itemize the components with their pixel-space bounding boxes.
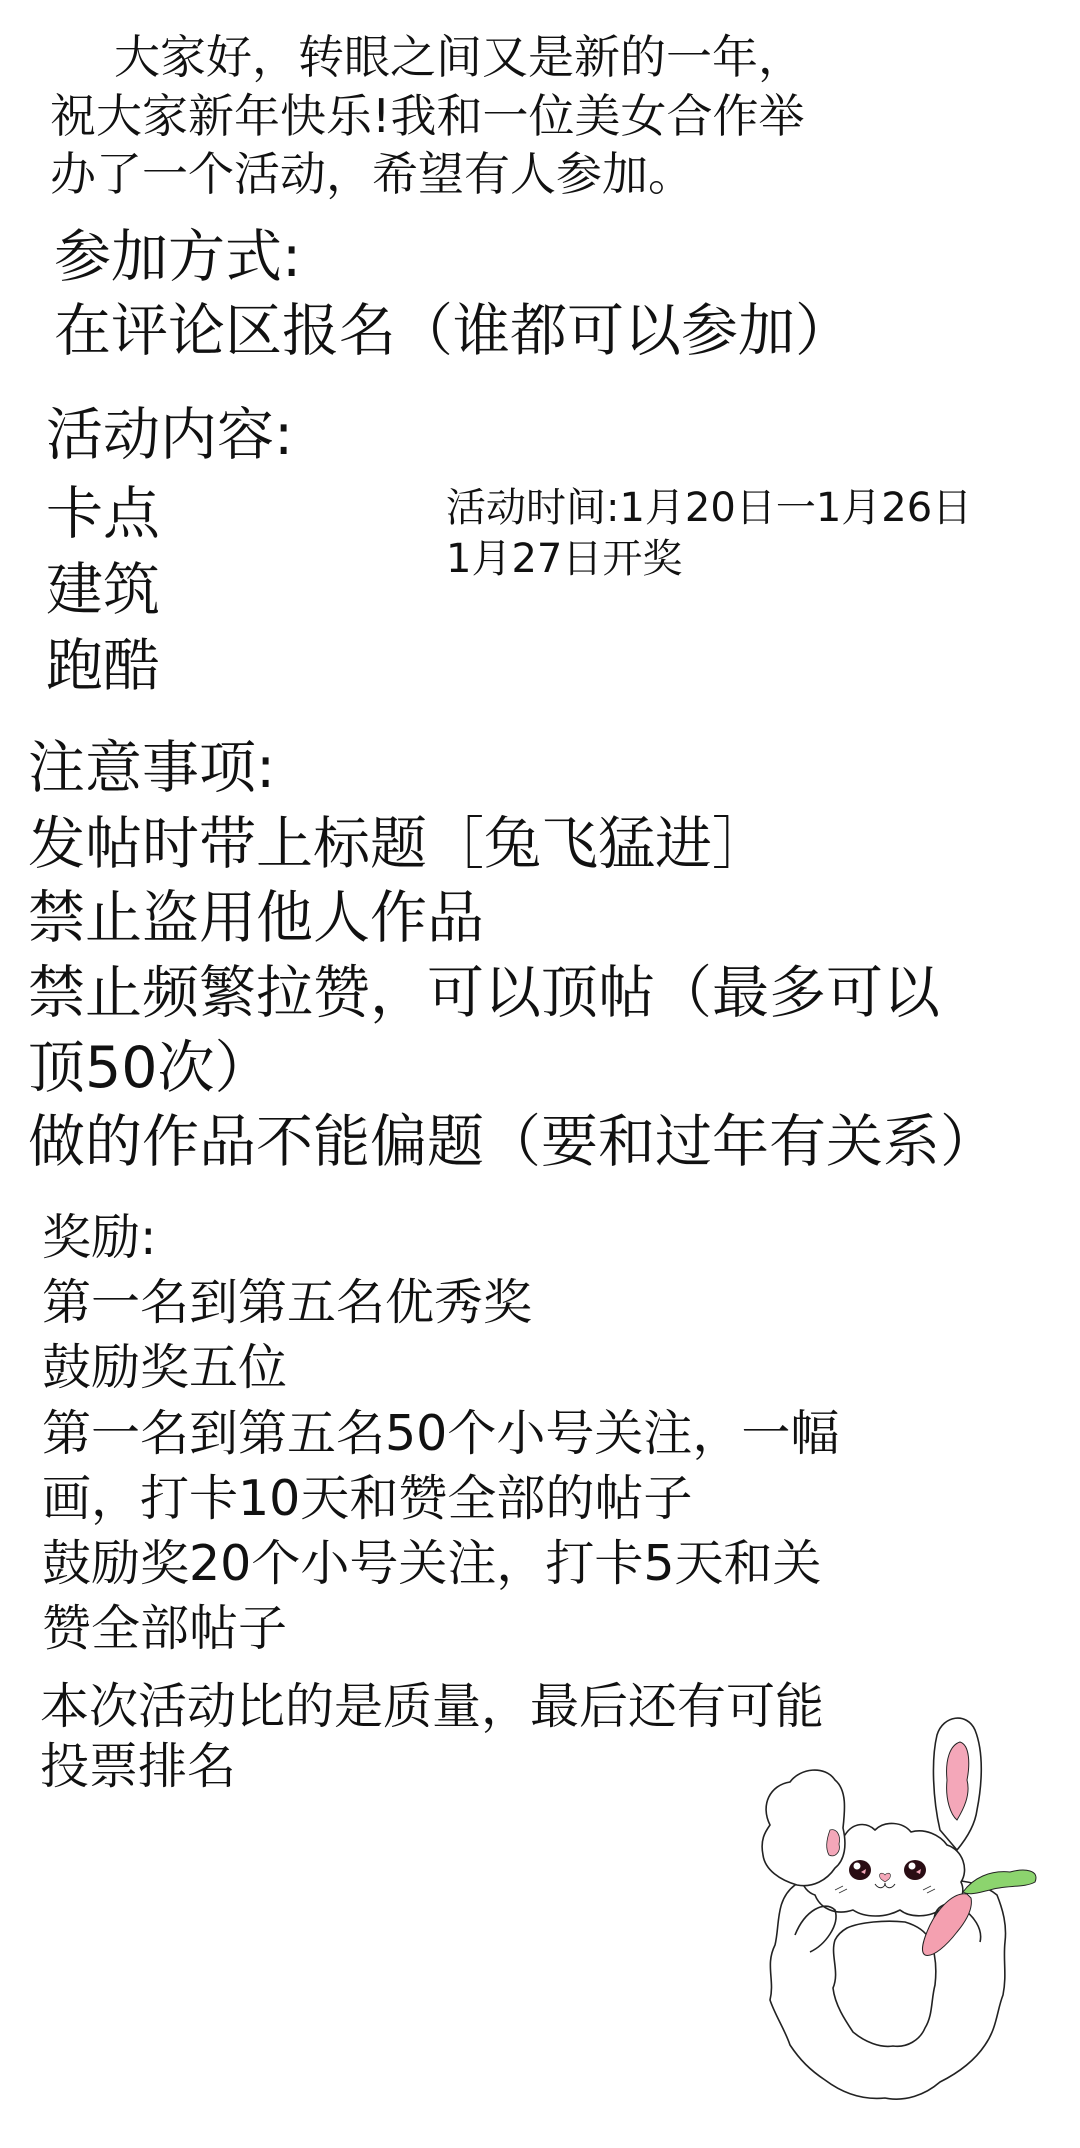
award-date: 1月27日开奖 [446, 539, 682, 579]
note-item-2: 禁止盗用他人作品 [28, 890, 484, 947]
join-heading: 参加方式: [54, 229, 301, 286]
join-text: 在评论区报名（谁都可以参加） [54, 303, 852, 360]
content-item-2: 建筑 [46, 562, 160, 619]
intro-line-1: 大家好，转眼之间又是新的一年， [114, 34, 804, 80]
reward-item-1: 第一名到第五名优秀奖 [42, 1278, 532, 1327]
content-item-3: 跑酷 [46, 638, 160, 695]
note-item-5: 做的作品不能偏题（要和过年有关系） [28, 1114, 997, 1171]
bunny-left-ear [762, 1770, 845, 1886]
bunny-illustration [735, 1710, 1055, 2120]
reward-item-3: 第一名到第五名50个小号关注，一幅 [42, 1409, 839, 1458]
note-item-4: 顶50次） [28, 1040, 272, 1097]
reward-item-2: 鼓励奖五位 [42, 1343, 287, 1392]
intro-line-2: 祝大家新年快乐!我和一位美女合作举 [50, 93, 804, 139]
content-item-1: 卡点 [46, 486, 160, 543]
carrot-leaf [963, 1870, 1036, 1894]
note-item-1: 发帖时带上标题［兔飞猛进］ [28, 816, 769, 873]
bunny-inner-ear-left [827, 1830, 840, 1856]
activity-period: 活动时间:1月20日一1月26日 [446, 488, 972, 528]
intro-line-3: 办了一个活动，希望有人参加。 [50, 151, 694, 197]
footer-line-1: 本次活动比的是质量，最后还有可能 [40, 1682, 824, 1731]
notes-heading: 注意事项: [28, 740, 275, 797]
reward-item-4: 画，打卡10天和赞全部的帖子 [42, 1474, 692, 1523]
reward-item-6: 赞全部帖子 [42, 1604, 287, 1653]
note-item-3: 禁止频繁拉赞，可以顶帖（最多可以 [28, 965, 940, 1022]
content-heading: 活动内容: [46, 407, 293, 464]
footer-line-2: 投票排名 [40, 1742, 236, 1791]
rewards-heading: 奖励: [42, 1213, 157, 1262]
reward-item-5: 鼓励奖20个小号关注，打卡5天和关 [42, 1539, 822, 1588]
